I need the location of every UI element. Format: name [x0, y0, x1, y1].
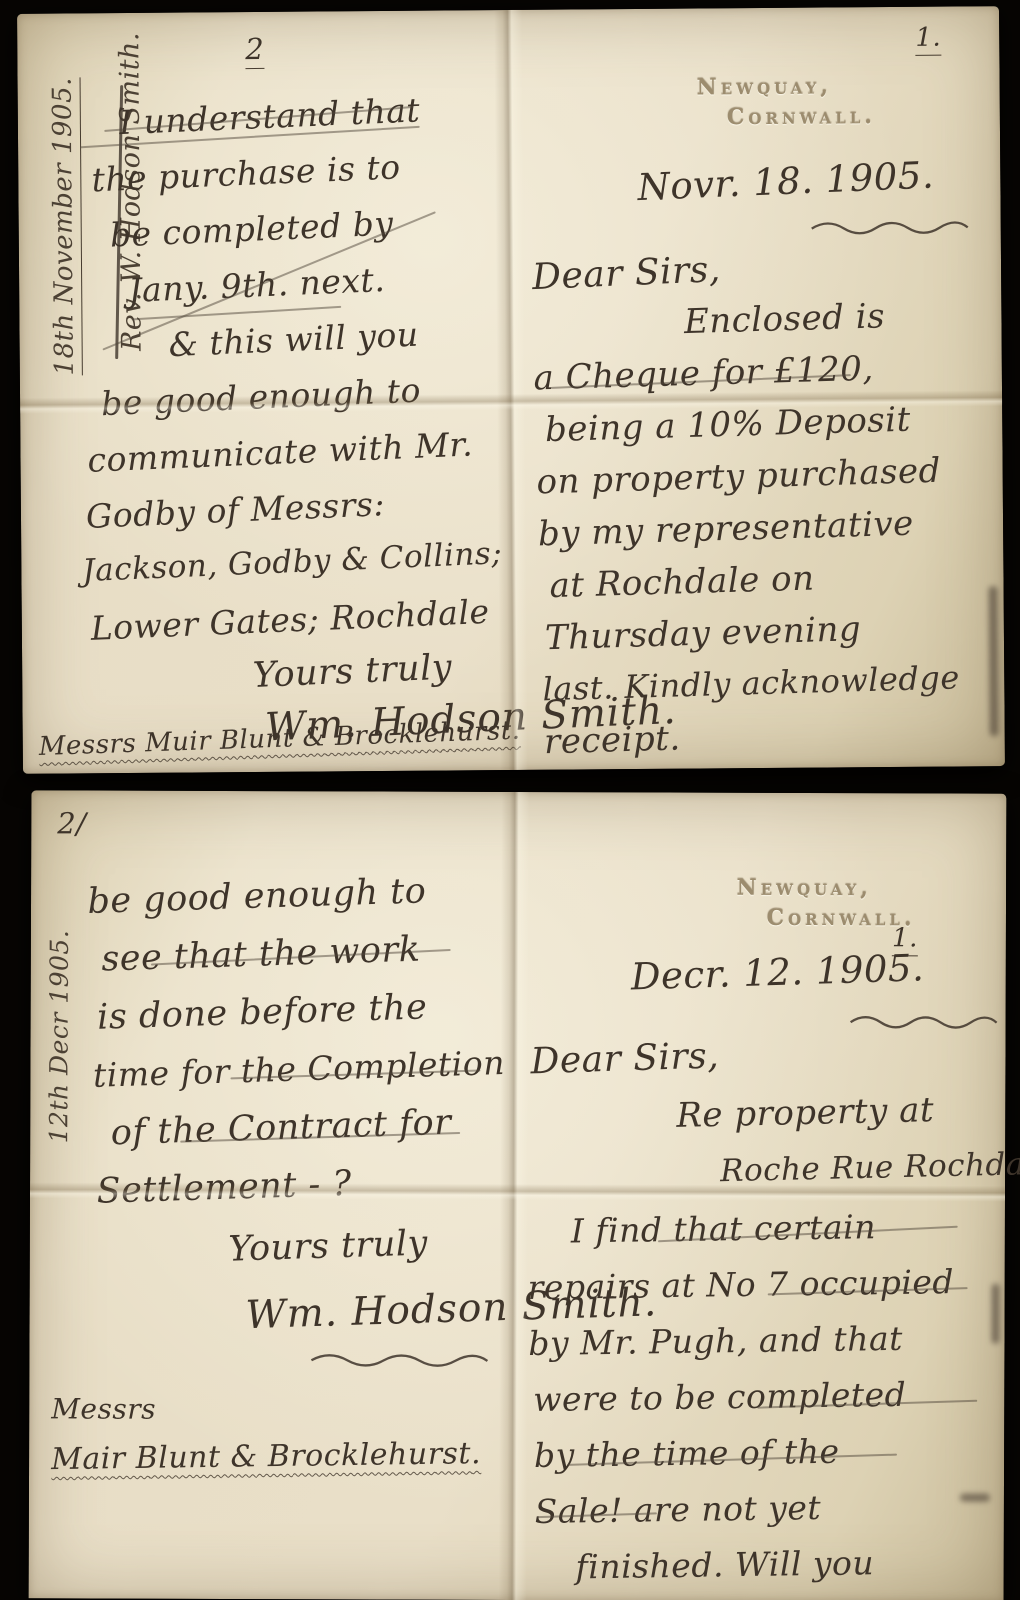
letter-line: Enclosed is: [683, 294, 972, 354]
letter-line: Settlement - ?: [96, 1159, 518, 1230]
letter-line: by the time of the: [533, 1430, 984, 1492]
letter-nov-18-1905: 2 18th November 1905. Rev. W. Hodson Smi…: [17, 6, 1005, 774]
ink-smudge: [989, 586, 999, 736]
letter-line: by Mr. Pugh, and that: [528, 1318, 983, 1380]
letter-date: Decr. 12. 1905.: [630, 946, 925, 998]
letter-body: Enclosed is a Cheque for £120, being a 1…: [531, 294, 984, 774]
flourish-squiggle: [309, 1351, 489, 1368]
embossed-letterhead: Newquay, Cornwall.: [697, 71, 876, 132]
letterhead-town: Newquay,: [697, 71, 876, 102]
flourish-squiggle: [810, 218, 970, 235]
letter-date: Novr. 18. 1905.: [637, 154, 935, 210]
letter-line: were to be completed: [532, 1374, 983, 1436]
letter-body: be good enough to see that the work is d…: [87, 869, 522, 1358]
flourish-squiggle: [848, 1013, 998, 1030]
letter-body: I understand that the purchase is to be …: [88, 87, 516, 763]
letter2-page-2: 2/ 12th Decr 1905. be good enough to see…: [29, 790, 519, 1600]
letter-line: finished. Will you: [575, 1542, 986, 1600]
letterhead-county: Cornwall.: [727, 101, 876, 132]
margin-note-date: 12th Decr 1905.: [44, 930, 74, 1144]
letter2-page-1: 1. Newquay, Cornwall. Decr. 12. 1905. De…: [516, 792, 1006, 1600]
letterhead-town: Newquay,: [737, 873, 916, 904]
ink-smudge: [991, 1284, 999, 1344]
letter-line: Sale! are not yet: [534, 1486, 985, 1548]
page-number: 1.: [915, 23, 941, 56]
subject-line: Re property at: [675, 1090, 934, 1136]
addressee-line: Messrs: [51, 1392, 156, 1425]
page-number: 2: [245, 32, 264, 69]
letter-dec-12-1905: 2/ 12th Decr 1905. be good enough to see…: [29, 790, 1007, 1600]
salutation: Dear Sirs,: [531, 249, 721, 298]
closing: Yours truly: [228, 1221, 520, 1294]
addressee-line: Mair Blunt & Brocklehurst.: [51, 1436, 481, 1477]
ink-smudge: [960, 1494, 990, 1502]
salutation: Dear Sirs,: [529, 1035, 719, 1082]
page-number: 2/: [57, 806, 86, 840]
photo-of-letters: { "colors": { "background": "#070503", "…: [0, 0, 1020, 1600]
signature: Wm. Hodson Smith.: [245, 1285, 522, 1354]
letterhead-county: Cornwall.: [766, 903, 915, 934]
letter1-page-1: 1. Newquay, Cornwall. Novr. 18. 1905. De…: [508, 6, 1005, 770]
margin-note-date: 18th November 1905.: [48, 77, 83, 376]
letter1-page-2: 2 18th November 1905. Rev. W. Hodson Smi…: [17, 10, 514, 774]
embossed-letterhead: Newquay, Cornwall.: [736, 873, 915, 934]
letter-line: repairs at No 7 occupied: [527, 1262, 982, 1324]
subject-line: Roche Rue Rochdale.: [719, 1145, 1020, 1189]
